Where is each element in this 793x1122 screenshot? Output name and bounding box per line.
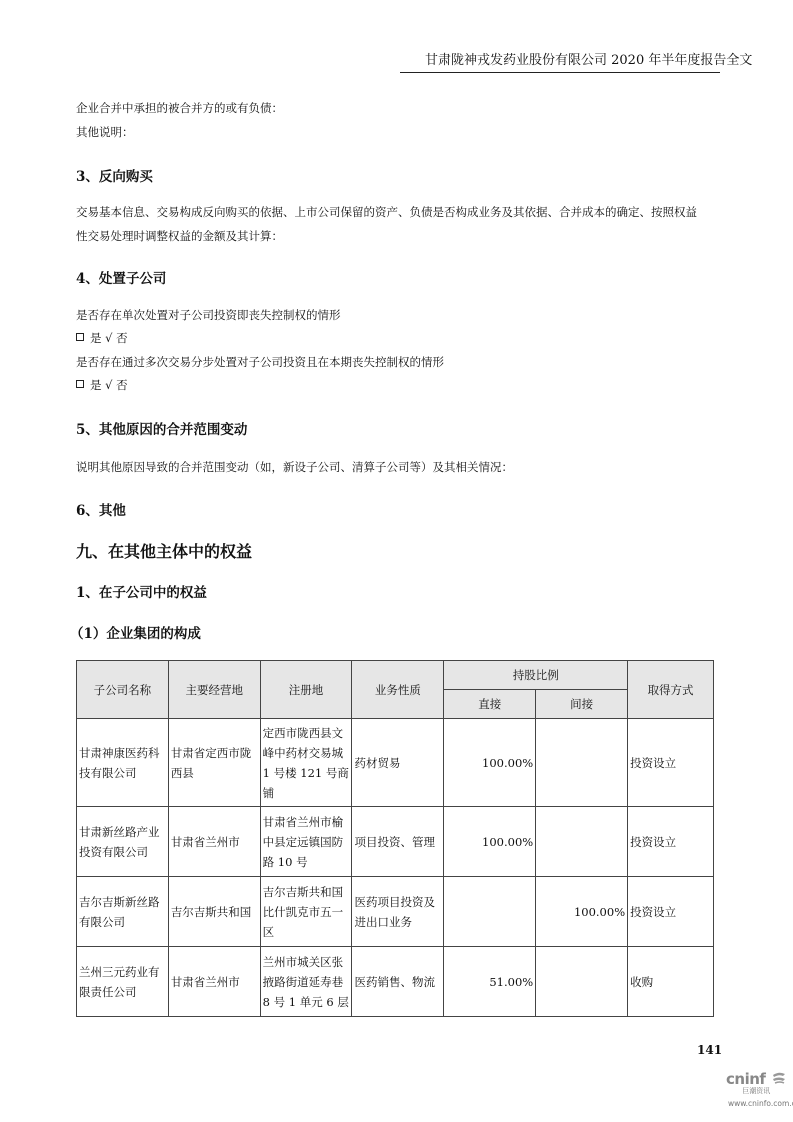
subsection-1-1-heading: （1）企业集团的构成 [70,622,201,642]
cell-method: 投资设立 [628,719,714,807]
report-header-title: 甘肃陇神戎发药业股份有限公司 2020 年半年度报告全文 [425,49,752,68]
cell-name: 甘肃神康医药科技有限公司 [77,719,169,807]
answer-text: 是 √ 否 [90,378,128,392]
col-header-main-place: 主要经营地 [168,661,260,719]
cell-reg-place: 兰州市城关区张掖路街道延寿巷 8 号 1 单元 6 层 [260,947,352,1017]
cell-method: 收购 [628,947,714,1017]
cell-main-place: 甘肃省定西市陇西县 [168,719,260,807]
cell-main-place: 甘肃省兰州市 [168,807,260,877]
col-header-indirect: 间接 [536,690,628,719]
col-header-business: 业务性质 [352,661,444,719]
cell-name: 吉尔吉斯新丝路有限公司 [77,877,169,947]
cell-business: 医药项目投资及进出口业务 [352,877,444,947]
cell-business: 医药销售、物流 [352,947,444,1017]
cell-indirect [536,719,628,807]
cell-indirect: 100.00% [536,877,628,947]
cell-business: 药材贸易 [352,719,444,807]
col-header-direct: 直接 [444,690,536,719]
checkbox-icon [76,333,84,341]
cell-direct [444,877,536,947]
cell-indirect [536,807,628,877]
single-disposal-answer: 是 √ 否 [76,330,128,346]
section-4-heading: 4、处置子公司 [76,267,166,287]
table-row: 甘肃神康医药科技有限公司 甘肃省定西市陇西县 定西市陇西县文峰中药材交易城 1 … [77,719,714,807]
subsection-1-heading: 1、在子公司中的权益 [76,581,207,601]
logo-url-text: www.cninfo.com.cn [728,1099,793,1108]
section-3-heading: 3、反向购买 [76,165,153,185]
cell-reg-place: 甘肃省兰州市榆中县定远镇国防路 10 号 [260,807,352,877]
section-3-text-line2: 性交易处理时调整权益的金额及其计算： [76,228,283,244]
page-number: 141 [697,1043,722,1057]
cell-name: 兰州三元药业有限责任公司 [77,947,169,1017]
single-disposal-question: 是否存在单次处置对子公司投资即丧失控制权的情形 [76,307,341,323]
multi-step-disposal-question: 是否存在通过多次交易分步处置对子公司投资且在本期丧失控制权的情形 [76,354,444,370]
col-header-reg-place: 注册地 [260,661,352,719]
cell-reg-place: 定西市陇西县文峰中药材交易城 1 号楼 121 号商铺 [260,719,352,807]
col-header-method: 取得方式 [628,661,714,719]
cell-indirect [536,947,628,1017]
section-6-heading: 6、其他 [76,499,126,519]
cell-main-place: 吉尔吉斯共和国 [168,877,260,947]
cell-business: 项目投资、管理 [352,807,444,877]
other-notes-label: 其他说明： [76,124,134,140]
cell-direct: 100.00% [444,719,536,807]
table-row: 兰州三元药业有限责任公司 甘肃省兰州市 兰州市城关区张掖路街道延寿巷 8 号 1… [77,947,714,1017]
answer-text: 是 √ 否 [90,331,128,345]
section-5-text: 说明其他原因导致的合并范围变动（如，新设子公司、清算子公司等）及其相关情况： [76,459,513,475]
cell-method: 投资设立 [628,807,714,877]
multi-step-disposal-answer: 是 √ 否 [76,377,128,393]
table-row: 吉尔吉斯新丝路有限公司 吉尔吉斯共和国 吉尔吉斯共和国比什凯克市五一区 医药项目… [77,877,714,947]
section-3-text-line1: 交易基本信息、交易构成反向购买的依据、上市公司保留的资产、负债是否构成业务及其依… [76,204,697,220]
table-row: 甘肃新丝路产业投资有限公司 甘肃省兰州市 甘肃省兰州市榆中县定远镇国防路 10 … [77,807,714,877]
contingent-liabilities-label: 企业合并中承担的被合并方的或有负债： [76,100,283,116]
chapter-9-heading: 九、在其他主体中的权益 [76,539,252,562]
cell-direct: 100.00% [444,807,536,877]
cell-method: 投资设立 [628,877,714,947]
col-header-name: 子公司名称 [77,661,169,719]
cell-reg-place: 吉尔吉斯共和国比什凯克市五一区 [260,877,352,947]
logo-swirl-icon [771,1071,787,1085]
cell-name: 甘肃新丝路产业投资有限公司 [77,807,169,877]
col-header-ratio: 持股比例 [444,661,628,690]
cell-direct: 51.00% [444,947,536,1017]
cell-main-place: 甘肃省兰州市 [168,947,260,1017]
group-structure-table: 子公司名称 主要经营地 注册地 业务性质 持股比例 取得方式 直接 间接 甘肃神… [76,660,714,1017]
section-5-heading: 5、其他原因的合并范围变动 [76,418,247,438]
checkbox-icon [76,380,84,388]
cninfo-logo: cninf 巨潮资讯 www.cninfo.com.cn [726,1069,787,1096]
header-divider [400,72,720,73]
